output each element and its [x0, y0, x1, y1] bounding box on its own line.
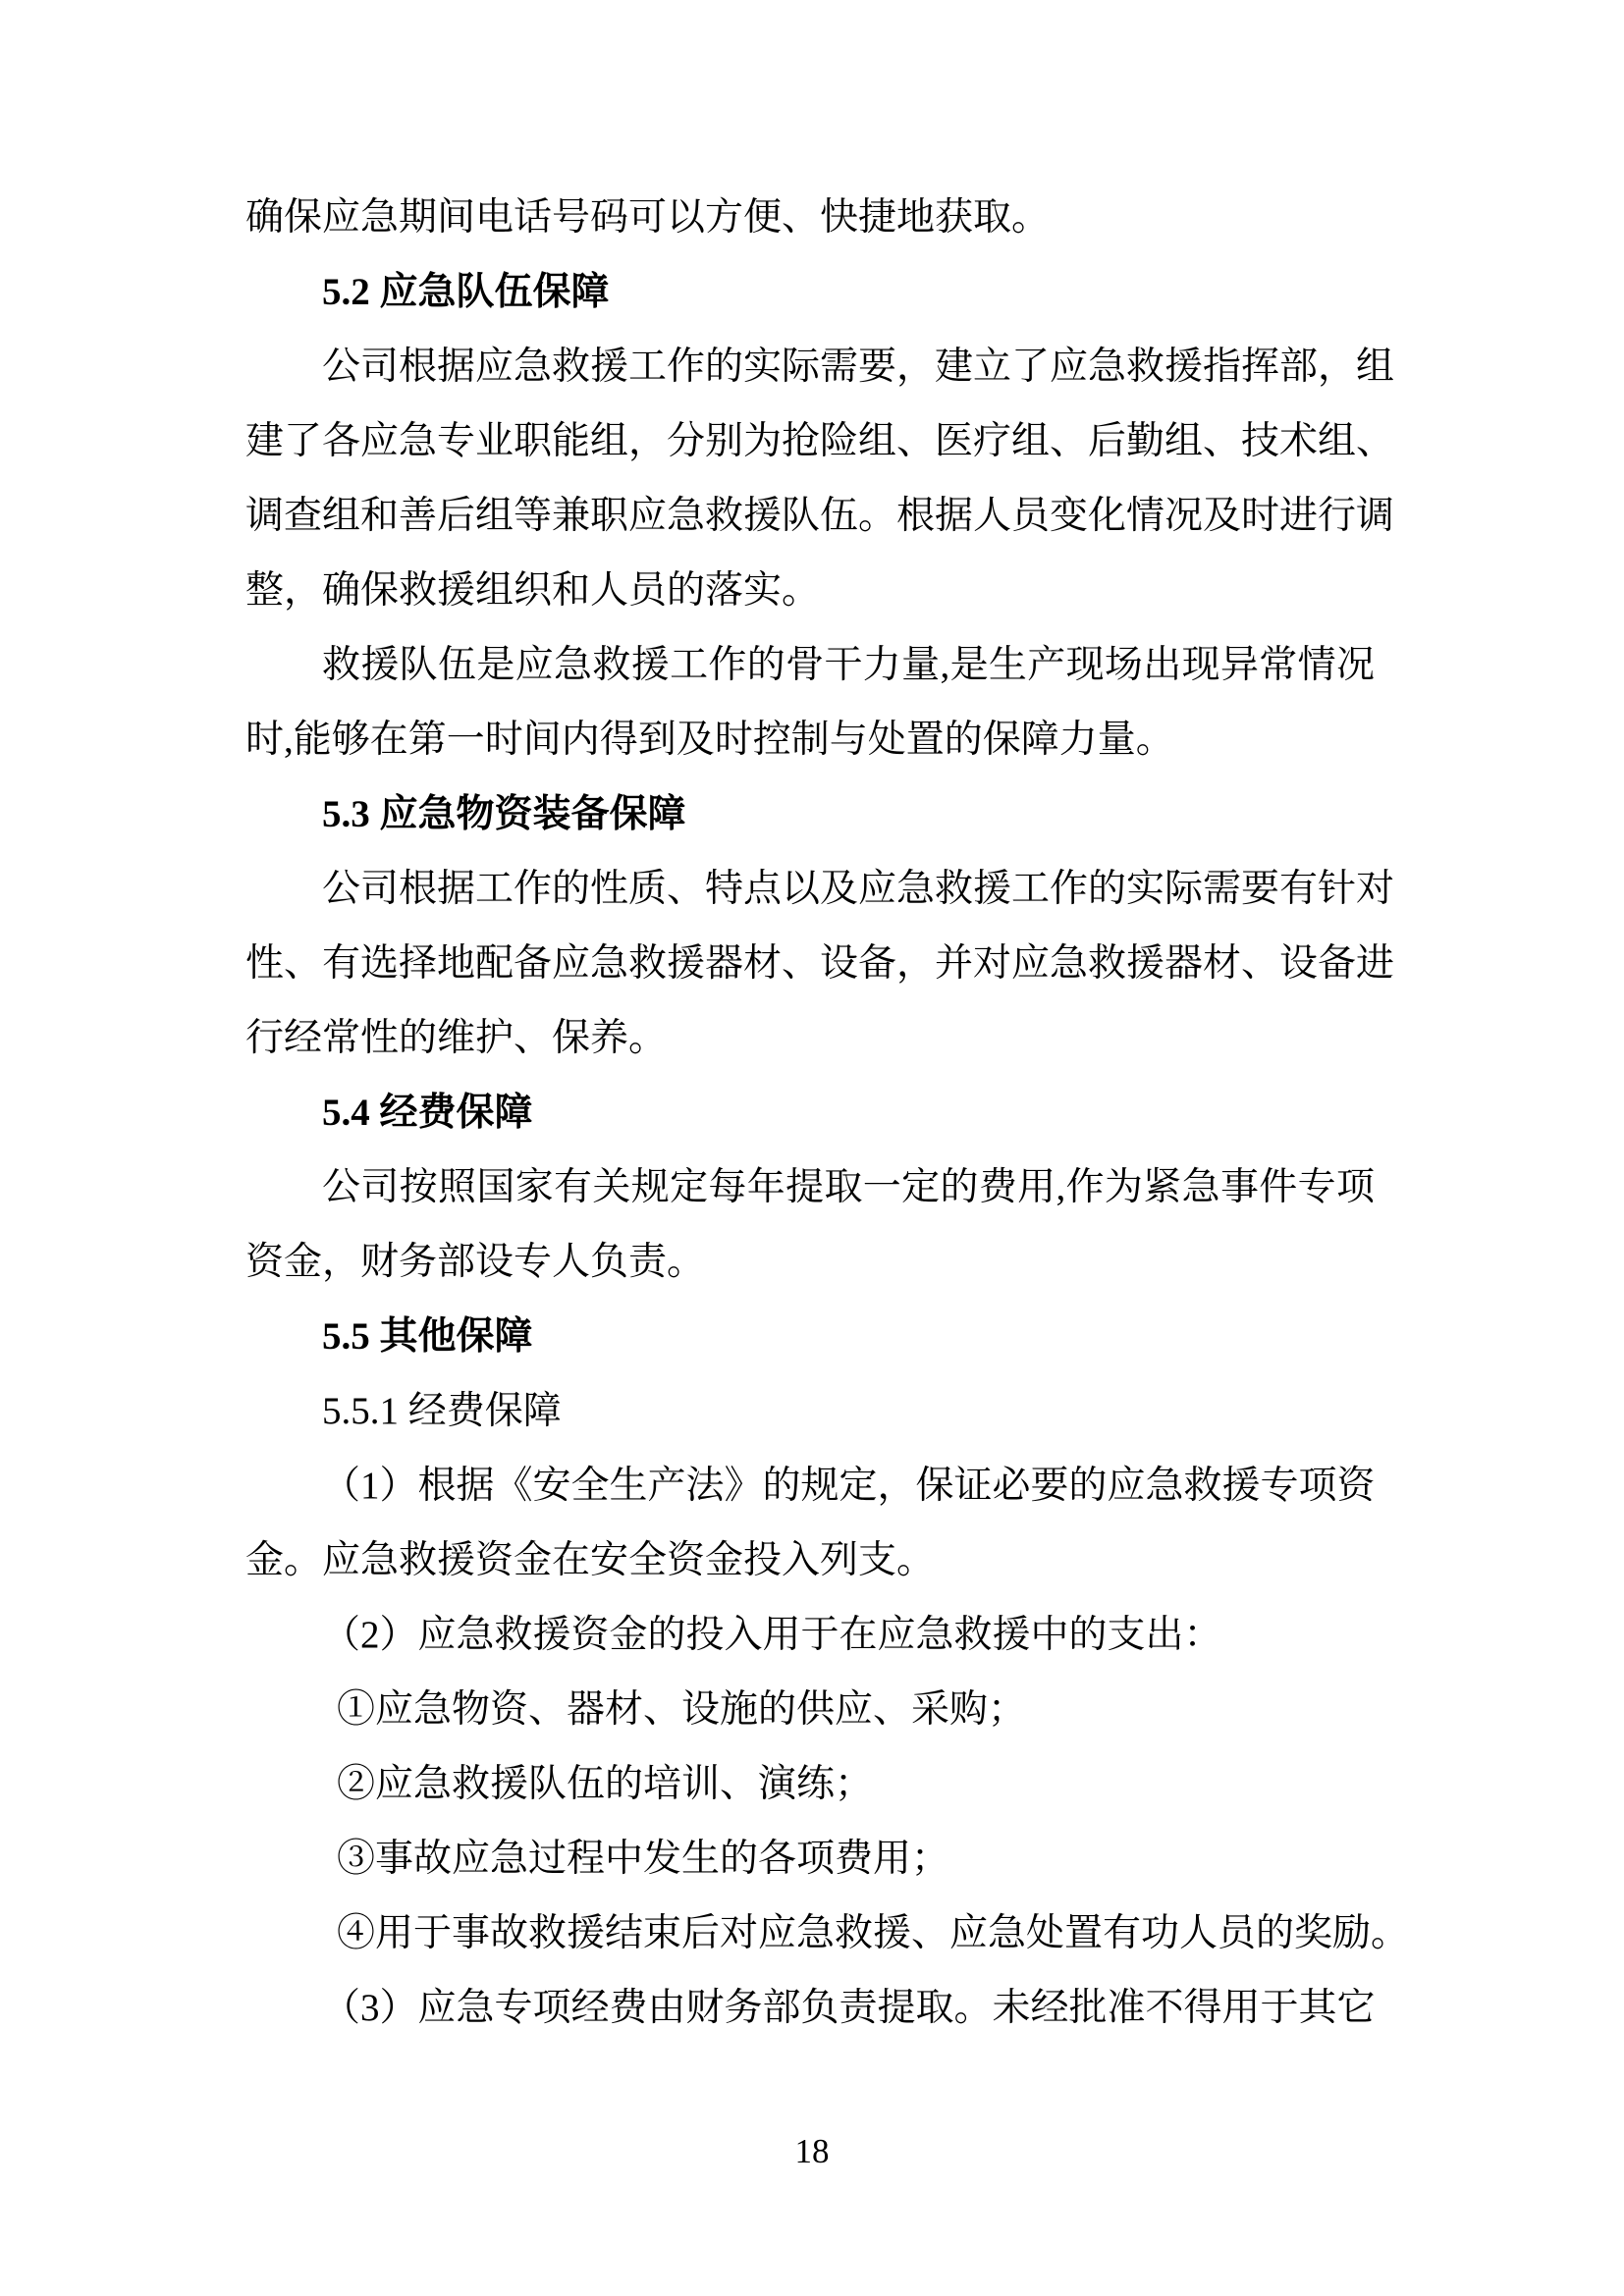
paragraph-line: 调查组和善后组等兼职应急救援队伍。根据人员变化情况及时进行调 [245, 479, 1375, 554]
circled-item-line: ①应急物资、器材、设施的供应、采购； [245, 1673, 1375, 1747]
document-page: 确保应急期间电话号码可以方便、快捷地获取。 5.2 应急队伍保障 公司根据应急救… [0, 0, 1624, 2296]
section-heading-5-5: 5.5 其他保障 [245, 1300, 1375, 1374]
paragraph-line: 公司按照国家有关规定每年提取一定的费用,作为紧急事件专项 [245, 1150, 1375, 1225]
circled-item-line: ④用于事故救援结束后对应急救援、应急处置有功人员的奖励。 [245, 1896, 1375, 1971]
paragraph-line: 行经常性的维护、保养。 [245, 1001, 1375, 1076]
paragraph-line: 资金，财务部设专人负责。 [245, 1225, 1375, 1300]
circled-item-line: ②应急救援队伍的培训、演练； [245, 1747, 1375, 1822]
paragraph-line: 公司根据应急救援工作的实际需要，建立了应急救援指挥部，组 [245, 330, 1375, 404]
paragraph-line: 金。应急救援资金在安全资金投入列支。 [245, 1523, 1375, 1598]
paragraph-line: 整，确保救援组织和人员的落实。 [245, 554, 1375, 628]
paragraph-line: 公司根据工作的性质、特点以及应急救援工作的实际需要有针对 [245, 852, 1375, 927]
section-heading-5-4: 5.4 经费保障 [245, 1076, 1375, 1150]
numbered-item-line: （3）应急专项经费由财务部负责提取。未经批准不得用于其它 [245, 1971, 1375, 2046]
paragraph-line: 时,能够在第一时间内得到及时控制与处置的保障力量。 [245, 703, 1375, 777]
numbered-item-line: （1）根据《安全生产法》的规定，保证必要的应急救援专项资 [245, 1449, 1375, 1523]
document-body: 确保应急期间电话号码可以方便、快捷地获取。 5.2 应急队伍保障 公司根据应急救… [245, 181, 1375, 2046]
section-heading-5-3: 5.3 应急物资装备保障 [245, 777, 1375, 852]
paragraph-line: 确保应急期间电话号码可以方便、快捷地获取。 [245, 181, 1375, 255]
section-heading-5-2: 5.2 应急队伍保障 [245, 255, 1375, 330]
paragraph-line: 建了各应急专业职能组，分别为抢险组、医疗组、后勤组、技术组、 [245, 404, 1375, 479]
subsection-heading-5-5-1: 5.5.1 经费保障 [245, 1374, 1375, 1449]
page-number: 18 [0, 2114, 1624, 2189]
numbered-item-line: （2）应急救援资金的投入用于在应急救援中的支出： [245, 1598, 1375, 1673]
paragraph-line: 救援队伍是应急救援工作的骨干力量,是生产现场出现异常情况 [245, 628, 1375, 703]
paragraph-line: 性、有选择地配备应急救援器材、设备，并对应急救援器材、设备进 [245, 927, 1375, 1001]
circled-item-line: ③事故应急过程中发生的各项费用； [245, 1822, 1375, 1896]
